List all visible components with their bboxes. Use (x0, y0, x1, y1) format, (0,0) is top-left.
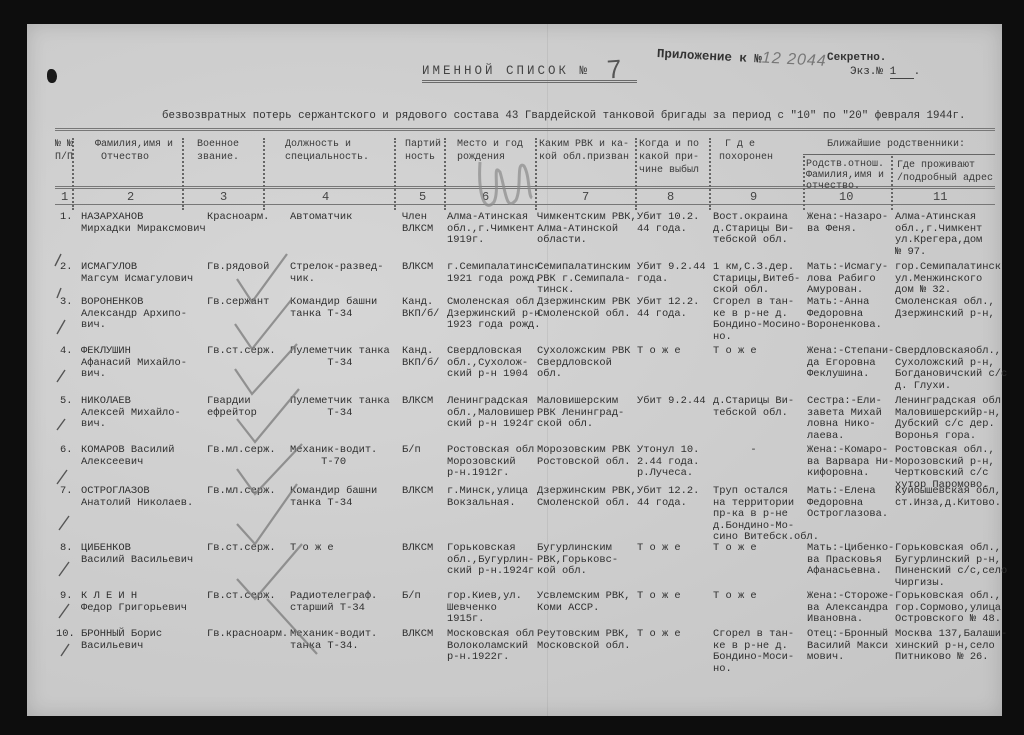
relative-name: Жена:-Назаро- ва Феня. (807, 212, 888, 235)
soldier-name: ВОРОНЕНКОВ Александр Архипо- вич. (81, 297, 187, 332)
soldier-name: ОСТРОГЛАЗОВ Анатолий Николаев. (81, 486, 193, 509)
relative-name: Жена:-Степани- да Егоровна Феклушина. (807, 346, 894, 381)
column-number: 8 (667, 190, 674, 204)
header-when: Когда и по какой при- чине выбыл (639, 138, 699, 177)
soldier-name: НАЗАРХАНОВ Мирхадки Мираксмович (81, 212, 206, 235)
burial-place: Сгорел в тан- ке в р-не д. Бондино-Мосин… (713, 297, 807, 343)
header-party: Партий ность (405, 138, 441, 164)
header-num: № № П/П (55, 138, 73, 164)
column-separator (182, 138, 184, 210)
title-underline (422, 80, 637, 83)
column-number: 7 (582, 190, 589, 204)
burial-place: Т о ж е (713, 346, 757, 358)
loss-reason: Утонул 10. 2.44 года. р.Лучеса. (637, 445, 699, 480)
relative-address: Ленинградская обл Маловишерскийр-н, Дубс… (895, 396, 1001, 442)
pencil-tick-marks-icon (47, 224, 77, 664)
appendix-label: Приложение к № (657, 47, 763, 66)
birth-place: Ростовская обл Морозовский р-н.1912г. (447, 445, 534, 480)
column-separator (709, 138, 711, 210)
group-header-rule (803, 154, 995, 155)
burial-place: Т о ж е (713, 543, 757, 555)
burial-place: Вост.окраина д.Старицы Ви- тебской обл. (713, 212, 794, 247)
relative-name: Мать:-Елена Федоровна Остроглазова. (807, 486, 888, 521)
classification-mark: Секретно. (827, 52, 886, 64)
column-separator (891, 156, 893, 210)
soldier-party: ВЛКСМ (402, 396, 433, 408)
loss-reason: Убит 10.2. 44 года. (637, 212, 699, 235)
header-relatives-group: Ближайшие родственники: (827, 138, 965, 151)
birth-place: гор.Киев,ул. Шевченко 1915г. (447, 591, 522, 626)
soldier-name: НИКОЛАЕВ Алексей Михайло- вич. (81, 396, 181, 431)
appendix-line: Приложение к №12 2044 (657, 44, 828, 71)
copy-number: 1 (890, 66, 914, 79)
soldier-party: Канд. ВКП/б/ (402, 346, 439, 369)
burial-place: Т о ж е (713, 591, 757, 603)
birth-place: Алма-Атинская обл.,г.Чимкент 1919г. (447, 212, 534, 247)
list-number: 7 (606, 54, 623, 86)
copy-number-line: Экз.№ 1. (850, 66, 920, 79)
draft-office: Бугурлинским РВК,Горьковс- кой обл. (537, 543, 618, 578)
relative-address: Москва 137,Балаши- хинский р-н,село Питн… (895, 629, 1007, 664)
soldier-party: Канд. ВКП/б/ (402, 297, 439, 320)
document-title: ИМЕННОЙ СПИСОК № (422, 64, 590, 78)
loss-reason: Убит 9.2.44 года. (637, 262, 706, 285)
relative-name: Сестра:-Ели- завета Михай ловна Нико- ла… (807, 396, 882, 442)
relative-name: Мать:-Анна Федоровна Вороненкова. (807, 297, 882, 332)
burial-place: - (713, 445, 757, 457)
birth-place: г.Минск,улица Вокзальная. (447, 486, 528, 509)
column-number: 11 (933, 190, 947, 204)
appendix-number: 12 2044 (761, 50, 827, 70)
birth-place: Ленинградская обл.,Маловишер ский р-н 19… (447, 396, 534, 431)
draft-office: Морозовским РВК Ростовской обл. (537, 445, 631, 468)
relative-name: Мать:-Цибенко- ва Прасковья Афанасьевна. (807, 543, 894, 578)
soldier-party: Член ВЛКСМ (402, 212, 433, 235)
soldier-party: ВЛКСМ (402, 629, 433, 641)
header-address: Где проживают /подробный адрес (897, 159, 993, 185)
relative-name: Мать:-Исмагу- лова Рабиго Амурован. (807, 262, 888, 297)
soldier-name: ЦИБЕНКОВ Василий Васильевич (81, 543, 193, 566)
pencil-checkmarks-icon (207, 194, 327, 674)
column-separator (394, 138, 396, 210)
soldier-party: Б/п (402, 445, 421, 457)
ink-blot (47, 69, 57, 83)
soldier-name: КОМАРОВ Василий Алексеевич (81, 445, 175, 468)
loss-reason: Убит 12.2. 44 года. (637, 486, 699, 509)
document-page: ИМЕННОЙ СПИСОК № 7 Приложение к №12 2044… (27, 24, 1002, 716)
soldier-name: БРОННЫЙ Борис Васильевич (81, 629, 162, 652)
soldier-party: ВЛКСМ (402, 262, 433, 274)
column-number: 1 (61, 190, 68, 204)
loss-reason: Убит 9.2.44 (637, 396, 706, 408)
relative-address: Свердловскаяобл., Сухоложский р-н, Богда… (895, 346, 1007, 392)
burial-place: д.Старицы Ви- тебской обл. (713, 396, 794, 419)
draft-office: Чимкентским РВК, Алма-Атинской области. (537, 212, 637, 247)
draft-office: Реутовским РВК, Московской обл. (537, 629, 631, 652)
birth-place: г.Семипалатинск 1921 года рожд. (447, 262, 541, 285)
relative-address: Алма-Атинская обл.,г.Чимкент ул.Крегера,… (895, 212, 982, 258)
header-draft: Каким РВК и ка- кой обл.призван (539, 138, 629, 164)
column-separator (635, 138, 637, 210)
loss-reason: Т о ж е (637, 629, 681, 641)
burial-place: Труп остался на территории пр-ка в р-не … (713, 486, 819, 544)
soldier-name: ИСМАГУЛОВ Магсум Исмагулович (81, 262, 193, 285)
relative-address: гор.Семипалатинск ул.Менжинского дом № 3… (895, 262, 1001, 297)
header-position: Должность и специальность. (285, 138, 369, 164)
relative-name: Жена:-Комаро- ва Варвара Ни- кифоровна. (807, 445, 894, 480)
soldier-name: ФЕКЛУШИН Афанасий Михайло- вич. (81, 346, 187, 381)
draft-office: Сухоложским РВК Свердловской обл. (537, 346, 631, 381)
header-rank: Военное звание. (197, 138, 239, 164)
birth-place: Смоленская обл Дзержинский р-н 1923 года… (447, 297, 541, 332)
relative-address: Горьковская обл., Бугурлинский р-н, Пине… (895, 543, 1007, 589)
header-top-rule (55, 128, 995, 131)
birth-place: Горьковская обл.,Бугурлин- ский р-н.1924… (447, 543, 534, 578)
relative-name: Отец:-Бронный Василий Макси мович. (807, 629, 888, 664)
birth-place: Московская обл Волоколамский р-н.1922г. (447, 629, 534, 664)
draft-office: Дзержинским РВК, Смоленской обл. (537, 486, 637, 509)
column-number: 2 (127, 190, 134, 204)
draft-office: Семипалатинским РВК г.Семипала- тинск. (537, 262, 631, 297)
soldier-party: Б/п (402, 591, 421, 603)
column-number: 5 (419, 190, 426, 204)
column-separator (803, 156, 805, 210)
relative-address: Куйбышевская обл, ст.Инза,д.Китово. (895, 486, 1001, 509)
header-buried: Г д е похоронен (719, 138, 773, 164)
loss-reason: Т о ж е (637, 591, 681, 603)
draft-office: Усвлемским РВК, Коми АССР. (537, 591, 631, 614)
header-relative: Родств.отнош. Фамилия,имя и отчество. (806, 159, 884, 192)
row-number: 1. (60, 212, 72, 224)
column-separator (444, 138, 446, 210)
loss-reason: Убит 12.2. 44 года. (637, 297, 699, 320)
soldier-party: ВЛКСМ (402, 486, 433, 498)
burial-place: Сгорел в тан- ке в р-не д. Бондино-Моси-… (713, 629, 794, 675)
loss-reason: Т о ж е (637, 346, 681, 358)
soldier-party: ВЛКСМ (402, 543, 433, 555)
birth-place: Свердловская обл.,Сухолож- ский р-н 1904 (447, 346, 528, 381)
relative-address: Горьковская обл., гор.Сормово,улица Остр… (895, 591, 1001, 626)
soldier-name: К Л Е И Н Федор Григорьевич (81, 591, 187, 614)
relative-address: Смоленская обл., Дзержинский р-н, (895, 297, 995, 320)
draft-office: Маловишерским РВК Ленинград- ской обл. (537, 396, 624, 431)
column-number: 10 (839, 190, 853, 204)
draft-office: Дзержинским РВК Смоленской обл. (537, 297, 631, 320)
loss-reason: Т о ж е (637, 543, 681, 555)
burial-place: 1 км,С.З.дер. Старицы,Витеб- ской обл. (713, 262, 800, 297)
relative-name: Жена:-Стороже- ва Александра Ивановна. (807, 591, 894, 626)
document-subtitle: безвозвратных потерь сержантского и рядо… (162, 110, 965, 122)
column-number: 9 (750, 190, 757, 204)
copy-label: Экз.№ (850, 66, 883, 78)
header-name: Фамилия,имя и Отчество (95, 138, 173, 164)
